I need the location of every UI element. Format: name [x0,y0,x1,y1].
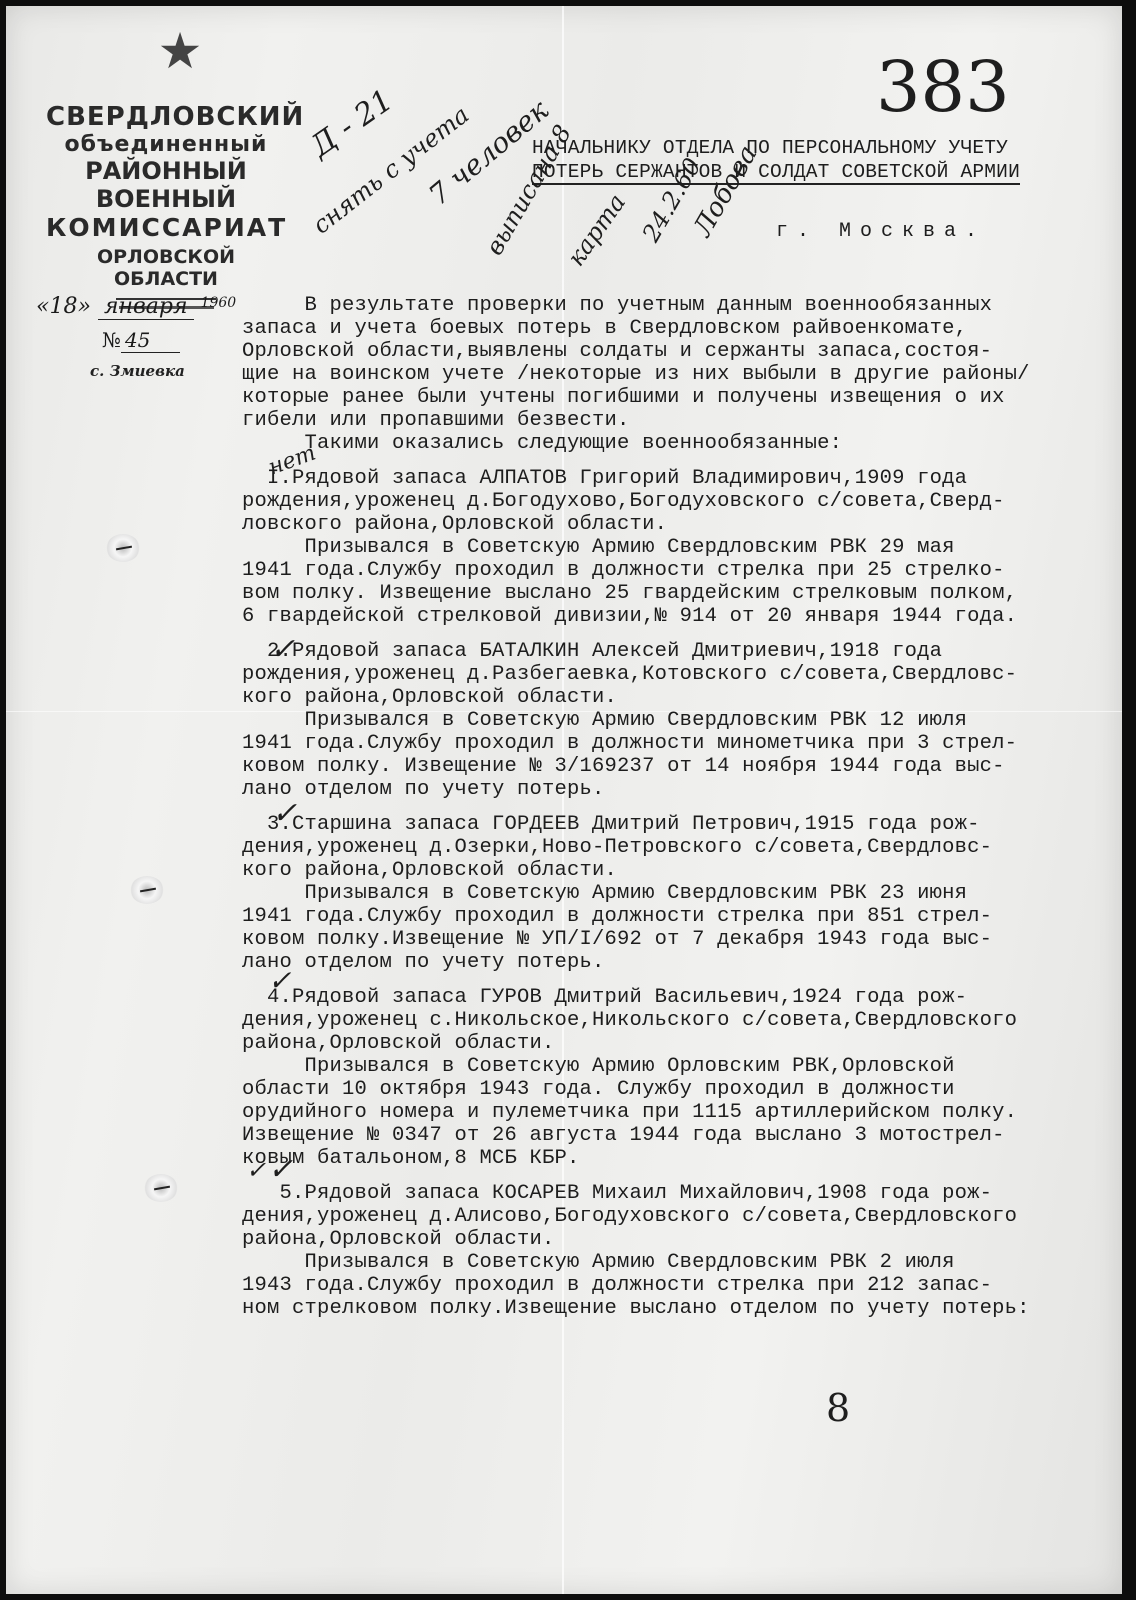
entry-line: 5.Рядовой запаса КОСАРЕВ Михаил Михайлов… [242,1182,1112,1205]
entry-2: 2.Рядовой запаса БАТАЛКИН Алексей Дмитри… [242,640,1112,801]
intro-line: которые ранее были учтены погибшими и по… [242,386,1112,409]
punch-hole [130,876,164,904]
date-month: января [98,294,194,320]
place-of-issue: с. Змиевка [90,362,185,380]
handwritten-note-card: карта [562,189,631,271]
date-quote-close: » [77,294,90,319]
entry-line: 1941 года.Службу проходил в должности ст… [242,559,1112,582]
addressee-block: НАЧАЛЬНИКУ ОТДЕЛА ПО ПЕРСОНАЛЬНОМУ УЧЕТУ… [532,136,1020,184]
stamp-line-3: РАЙОННЫЙ ВОЕННЫЙ [46,157,286,213]
entry-line: орудийного номера и пулеметчика при 1115… [242,1101,1112,1124]
entry-line: области 10 октября 1943 года. Службу про… [242,1078,1112,1101]
entry-line: ковом полку. Извещение № 3/169237 от 14 … [242,755,1112,778]
entry-4: 4.Рядовой запаса ГУРОВ Дмитрий Васильеви… [242,986,1112,1170]
entry-line: лано отделом по учету потерь. [242,778,1112,801]
entry-line: I.Рядовой запаса АЛПАТОВ Григорий Владим… [242,467,1112,490]
entry-line: 1941 года.Службу проходил в должности ми… [242,732,1112,755]
handwritten-page-number: 8 [826,1386,850,1430]
number-sign: № [102,328,121,352]
entry-line: ковом полку.Извещение № УП/I/692 от 7 де… [242,928,1112,951]
intro-line: В результате проверки по учетным данным … [242,294,1112,317]
entry-line: дения,уроженец д.Алисово,Богодуховского … [242,1205,1112,1228]
intro-line: гибели или пропавшими безвести. [242,409,1112,432]
star-emblem-icon: ★ [74,26,286,76]
entry-line: 1941 года.Службу проходил в должности ст… [242,905,1112,928]
letter-body: В результате проверки по учетным данным … [242,294,1112,1320]
intro-line: запаса и учета боевых потерь в Свердловс… [242,317,1112,340]
entry-line: дения,уроженец д.Озерки,Ново-Петровского… [242,836,1112,859]
entry-line: вом полку. Извещение выслано 25 гвардейс… [242,582,1112,605]
entry-line: ковым батальоном,8 МСБ КБР. [242,1147,1112,1170]
addressee-city: г. Москва. [776,220,986,243]
military-commissariat-stamp: ★ СВЕРДЛОВСКИЙ объединенный РАЙОННЫЙ ВОЕ… [46,26,286,309]
outgoing-date: «18» января 1960 [36,294,236,319]
entry-line: 1943 года.Службу проходил в должности ст… [242,1274,1112,1297]
entry-line: района,Орловской области. [242,1032,1112,1055]
punch-hole [144,1174,178,1202]
entry-line: Призывался в Советскую Армию Свердловски… [242,709,1112,732]
stamp-line-5: ОРЛОВСКОЙ ОБЛАСТИ [46,246,286,290]
intro-line: щие на воинском учете /некоторые из них … [242,363,1112,386]
entry-line: Призывался в Советскую Армию Свердловски… [242,1251,1112,1274]
entry-line: дения,уроженец с.Никольское,Никольского … [242,1009,1112,1032]
entry-line: 6 гвардейской стрелковой дивизии,№ 914 о… [242,605,1112,628]
date-year: 1960 [201,295,237,311]
date-day: 18 [49,294,77,319]
entry-5: 5.Рядовой запаса КОСАРЕВ Михаил Михайлов… [242,1182,1112,1320]
entry-line: района,Орловской области. [242,1228,1112,1251]
entry-line: Извещение № 0347 от 26 августа 1944 года… [242,1124,1112,1147]
entry-line: кого района,Орловской области. [242,686,1112,709]
entry-line: Призывался в Советскую Армию Свердловски… [242,536,1112,559]
entry-line: Призывался в Советскую Армию Орловским Р… [242,1055,1112,1078]
stamp-line-4: КОМИССАРИАТ [46,213,286,242]
entry-line: Призывался в Советскую Армию Свердловски… [242,882,1112,905]
punch-hole [106,534,140,562]
document-page: ★ СВЕРДЛОВСКИЙ объединенный РАЙОННЫЙ ВОЕ… [6,6,1122,1594]
entry-line: 4.Рядовой запаса ГУРОВ Дмитрий Васильеви… [242,986,1112,1009]
handwritten-code: Д - 21 [304,83,399,164]
addressee-line-1: НАЧАЛЬНИКУ ОТДЕЛА ПО ПЕРСОНАЛЬНОМУ УЧЕТУ [532,136,1020,160]
intro-line: Орловской области,выявлены солдаты и сер… [242,340,1112,363]
entry-line: ном стрелковом полку.Извещение выслано о… [242,1297,1112,1320]
entry-line: ловского района,Орловской области. [242,513,1112,536]
entry-line: кого района,Орловской области. [242,859,1112,882]
addressee-line-2: ПОТЕРЬ СЕРЖАНТОВ И СОЛДАТ СОВЕТСКОЙ АРМИ… [532,161,1020,185]
document-number: 45 [121,328,180,353]
entry-line: 3.Старшина запаса ГОРДЕЕВ Дмитрий Петров… [242,813,1112,836]
entry-line: рождения,уроженец д.Разбегаевка,Котовско… [242,663,1112,686]
outgoing-number: №45 [102,328,180,352]
stamp-line-1: СВЕРДЛОВСКИЙ [46,102,286,132]
entry-1: I.Рядовой запаса АЛПАТОВ Григорий Владим… [242,467,1112,628]
date-quote-open: « [36,294,49,319]
entry-line: рождения,уроженец д.Богодухово,Богодухов… [242,490,1112,513]
stamp-line-2: объединенный [46,132,286,157]
entry-3: 3.Старшина запаса ГОРДЕЕВ Дмитрий Петров… [242,813,1112,974]
handwritten-archive-number: 383 [876,46,1010,128]
intro-line: Такими оказались следующие военнообязанн… [242,432,1112,455]
entry-line: лано отделом по учету потерь. [242,951,1112,974]
entry-line: 2.Рядовой запаса БАТАЛКИН Алексей Дмитри… [242,640,1112,663]
